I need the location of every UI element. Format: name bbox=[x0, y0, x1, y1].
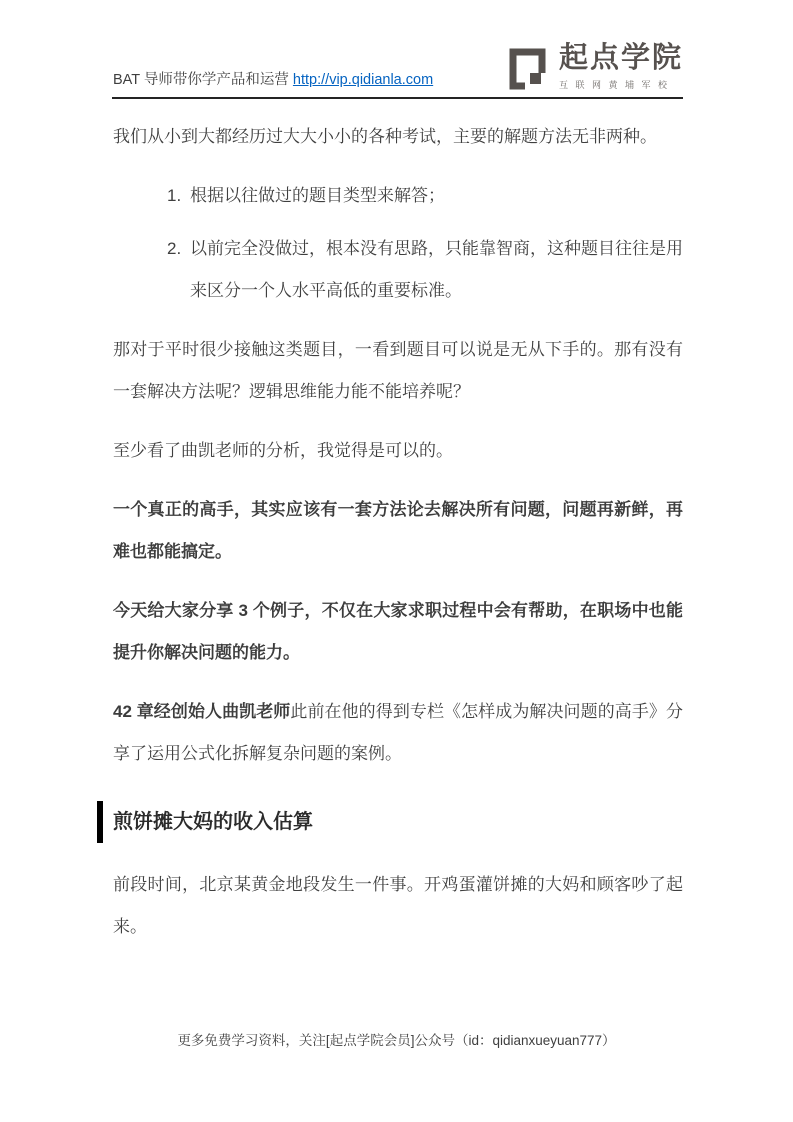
list-item-number: 2. bbox=[167, 228, 190, 312]
list-item-text: 以前完全没做过，根本没有思路，只能靠智商，这种题目往往是用来区分一个人水平高低的… bbox=[190, 228, 683, 312]
qidian-logo-icon bbox=[505, 47, 549, 91]
tagline-text: BAT 导师带你学产品和运营 bbox=[113, 72, 293, 88]
header-tagline: BAT 导师带你学产品和运营 http://vip.qidianla.com bbox=[113, 68, 433, 89]
page-footer: 更多免费学习资料，关注[起点学院会员]公众号（id：qidianxueyuan7… bbox=[0, 1029, 793, 1049]
brand-logo: 起点学院 互联网黄埔军校 bbox=[505, 44, 683, 91]
logo-subtitle: 互联网黄埔军校 bbox=[559, 78, 675, 91]
section-heading-pancake: 煎饼摊大妈的收入估算 bbox=[97, 801, 683, 843]
document-page: BAT 导师带你学产品和运营 http://vip.qidianla.com 起… bbox=[0, 0, 793, 1122]
author-name-bold: 42 章经创始人曲凯老师 bbox=[113, 702, 290, 721]
paragraph-author: 42 章经创始人曲凯老师此前在他的得到专栏《怎样成为解决问题的高手》分享了运用公… bbox=[113, 691, 683, 775]
logo-text-block: 起点学院 互联网黄埔军校 bbox=[559, 44, 683, 91]
page-header: BAT 导师带你学产品和运营 http://vip.qidianla.com 起… bbox=[112, 0, 683, 99]
list-item-number: 1. bbox=[167, 175, 190, 217]
list-item: 2. 以前完全没做过，根本没有思路，只能靠智商，这种题目往往是用来区分一个人水平… bbox=[113, 228, 683, 312]
paragraph-question: 那对于平时很少接触这类题目，一看到题目可以说是无从下手的。那有没有一套解决方法呢… bbox=[113, 329, 683, 413]
document-body: 我们从小到大都经历过大大小小的各种考试，主要的解题方法无非两种。 1. 根据以往… bbox=[113, 99, 683, 965]
list-item: 1. 根据以往做过的题目类型来解答； bbox=[113, 175, 683, 217]
list-item-text: 根据以往做过的题目类型来解答； bbox=[190, 175, 683, 217]
numbered-list: 1. 根据以往做过的题目类型来解答； 2. 以前完全没做过，根本没有思路，只能靠… bbox=[113, 175, 683, 312]
paragraph-intro: 我们从小到大都经历过大大小小的各种考试，主要的解题方法无非两种。 bbox=[113, 116, 683, 158]
logo-name: 起点学院 bbox=[559, 44, 683, 73]
paragraph-master: 一个真正的高手，其实应该有一套方法论去解决所有问题，问题再新鲜，再难也都能搞定。 bbox=[113, 489, 683, 573]
paragraph-story: 前段时间，北京某黄金地段发生一件事。开鸡蛋灌饼摊的大妈和顾客吵了起来。 bbox=[113, 864, 683, 948]
header-link[interactable]: http://vip.qidianla.com bbox=[293, 72, 433, 88]
paragraph-answer: 至少看了曲凯老师的分析，我觉得是可以的。 bbox=[113, 430, 683, 472]
paragraph-share: 今天给大家分享 3 个例子，不仅在大家求职过程中会有帮助，在职场中也能提升你解决… bbox=[113, 590, 683, 674]
